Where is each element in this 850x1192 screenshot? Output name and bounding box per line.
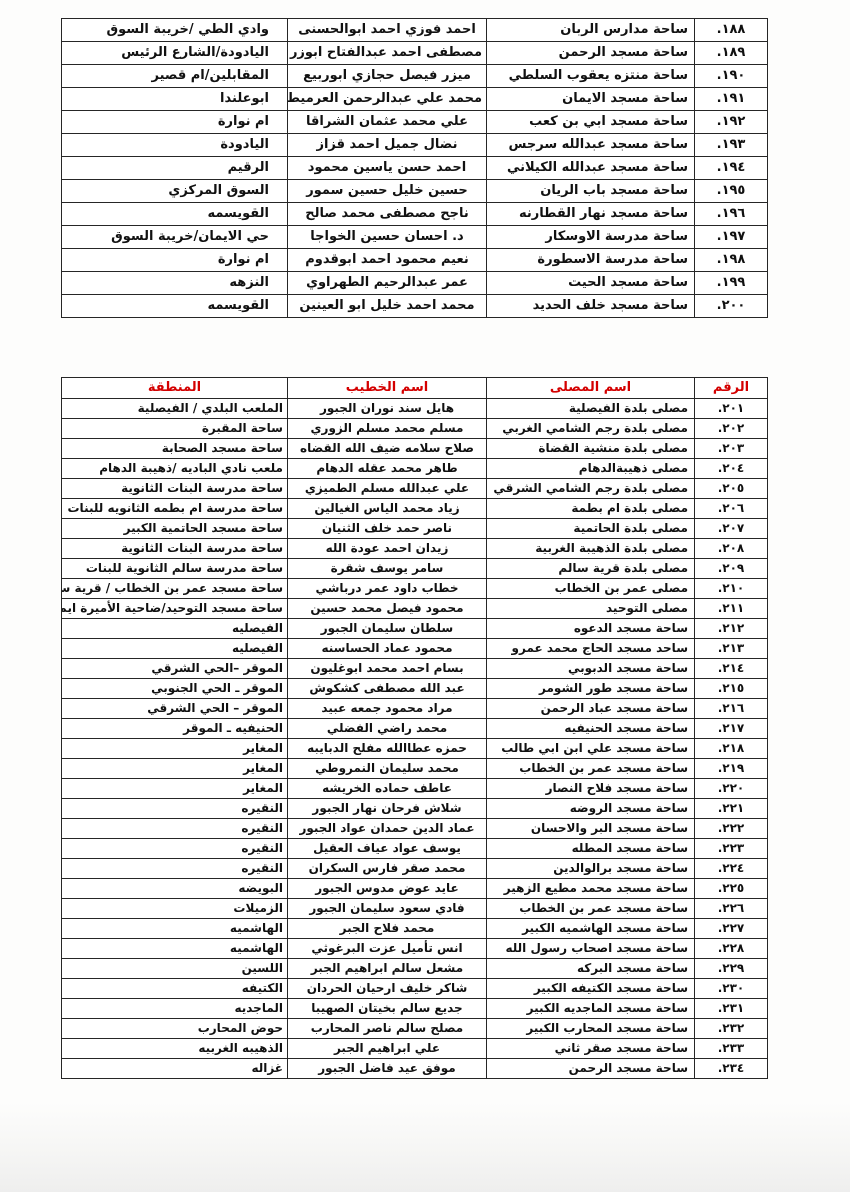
mosque-name-cell: ساحة مدارس الربان bbox=[487, 19, 695, 42]
region-cell: ابوعلندا bbox=[62, 88, 288, 111]
khatib-name-cell: شاكر خليف ارحيان الحردان bbox=[288, 979, 487, 999]
table-row: ١٩٩. ساحة مسجد الحيت عمر عبدالرحيم الطهر… bbox=[62, 272, 768, 295]
khatib-name-cell: د. احسان حسين الخواجا bbox=[288, 226, 487, 249]
region-cell: الرقيم bbox=[62, 157, 288, 180]
khatib-name-cell: صلاح سلامه ضيف الله القضاه bbox=[288, 439, 487, 459]
mosque-name-cell: مصلى بلدة ام بطمة bbox=[487, 499, 695, 519]
mosque-name-cell: مصلى بلدة قرية سالم bbox=[487, 559, 695, 579]
region-cell: ساحة مسجد التوحيد/ضاحية الأميرة ايمان bbox=[62, 599, 288, 619]
mosque-name-cell: ساحة مسجد عبدالله سرجس bbox=[487, 134, 695, 157]
region-cell: الملعب البلدي / الفيصلية bbox=[62, 399, 288, 419]
table-row: ١٨٨. ساحة مدارس الربان احمد فوزي احمد اب… bbox=[62, 19, 768, 42]
khatib-name-cell: عماد الدين حمدان عواد الجبور bbox=[288, 819, 487, 839]
mosque-name-cell: ساحة مسجد اصحاب رسول الله bbox=[487, 939, 695, 959]
row-number-cell: ٢٢٨. bbox=[695, 939, 768, 959]
region-cell: ام نوارة bbox=[62, 249, 288, 272]
row-number-cell: ٢١٠. bbox=[695, 579, 768, 599]
row-number-cell: ٢٠٥. bbox=[695, 479, 768, 499]
table-row: ٢٠٥. مصلى بلدة رجم الشامي الشرقي علي عبد… bbox=[62, 479, 768, 499]
table-row: ٢١١. مصلى التوحيد محمود فيصل محمد حسين س… bbox=[62, 599, 768, 619]
region-cell: الحنيفيه ـ الموقر bbox=[62, 719, 288, 739]
region-cell: النقيره bbox=[62, 819, 288, 839]
khatib-name-cell: محمود عماد الحساسنه bbox=[288, 639, 487, 659]
mosque-name-cell: مصلى بلدة منشية القضاة bbox=[487, 439, 695, 459]
region-cell: المغاير bbox=[62, 759, 288, 779]
region-cell: الكتيفه bbox=[62, 979, 288, 999]
khatib-name-cell: انس تأميل عزت البرغوثي bbox=[288, 939, 487, 959]
table-row: ٢٠١. مصلى بلدة الفيصلية هايل سند نوران ا… bbox=[62, 399, 768, 419]
row-number-cell: ٢٠٧. bbox=[695, 519, 768, 539]
khatib-name-cell: عاطف حماده الخريشه bbox=[288, 779, 487, 799]
mosque-name-cell: ساحة مدرسة الاوسكار bbox=[487, 226, 695, 249]
khatib-name-cell: محمد احمد خليل ابو العينين bbox=[288, 295, 487, 318]
region-cell: حوض المحارب bbox=[62, 1019, 288, 1039]
row-number-cell: ١٩٧. bbox=[695, 226, 768, 249]
row-number-cell: ١٩٦. bbox=[695, 203, 768, 226]
region-cell: البويضه bbox=[62, 879, 288, 899]
row-number-cell: ٢٠١. bbox=[695, 399, 768, 419]
table-row: ١٩١. ساحة مسجد الايمان محمد علي عبدالرحم… bbox=[62, 88, 768, 111]
mosque-name-cell: مصلى التوحيد bbox=[487, 599, 695, 619]
khatib-name-cell: مراد محمود جمعه عبيد bbox=[288, 699, 487, 719]
row-number-cell: ١٩٣. bbox=[695, 134, 768, 157]
region-cell: القويسمه bbox=[62, 295, 288, 318]
khatib-name-cell: فادي سعود سليمان الجبور bbox=[288, 899, 487, 919]
region-cell: ساحة مسجد الحاتمية الكبير bbox=[62, 519, 288, 539]
mosque-name-cell: مصلى ذهيبةالدهام bbox=[487, 459, 695, 479]
row-number-cell: ٢١٧. bbox=[695, 719, 768, 739]
table-row: ٢٣٢. ساحة مسجد المحارب الكبير مصلح سالم … bbox=[62, 1019, 768, 1039]
mosque-name-cell: ساحة مسجد الكتيفه الكبير bbox=[487, 979, 695, 999]
region-cell: الهاشميه bbox=[62, 919, 288, 939]
row-number-cell: ١٩٢. bbox=[695, 111, 768, 134]
khatib-name-cell: محمد راضي الفضلي bbox=[288, 719, 487, 739]
region-cell: القويسمه bbox=[62, 203, 288, 226]
region-cell: المغاير bbox=[62, 739, 288, 759]
table-row: ٢٠٩. مصلى بلدة قرية سالم سامر يوسف شقرة … bbox=[62, 559, 768, 579]
table-row: ١٩٥. ساحة مسجد باب الريان حسين خليل حسين… bbox=[62, 180, 768, 203]
mosque-name-cell: ساحة مسجد محمد مطيع الزهير bbox=[487, 879, 695, 899]
row-number-cell: ٢١٦. bbox=[695, 699, 768, 719]
khatib-name-cell: سلطان سليمان الجبور bbox=[288, 619, 487, 639]
table-row: ١٩٢. ساحة مسجد ابي بن كعب علي محمد عثمان… bbox=[62, 111, 768, 134]
table-row: ٢٢٦. ساحة مسجد عمر بن الخطاب فادي سعود س… bbox=[62, 899, 768, 919]
region-cell: الفيصليه bbox=[62, 619, 288, 639]
row-number-cell: ١٩٨. bbox=[695, 249, 768, 272]
mosque-name-cell: ساحة مسجد نهار القطارنه bbox=[487, 203, 695, 226]
prayer-areas-table-lower: الرقم اسم المصلى اسم الخطيب المنطقة ٢٠١.… bbox=[61, 377, 768, 1079]
row-number-cell: ٢٢٤. bbox=[695, 859, 768, 879]
column-header-mosque: اسم المصلى bbox=[487, 378, 695, 399]
mosque-name-cell: ساحة مسجد عباد الرحمن bbox=[487, 699, 695, 719]
mosque-name-cell: ساحة مسجد الدعوه bbox=[487, 619, 695, 639]
khatib-name-cell: محمد صقر فارس السكران bbox=[288, 859, 487, 879]
khatib-name-cell: خطاب داود عمر درباشي bbox=[288, 579, 487, 599]
row-number-cell: ٢٠٠. bbox=[695, 295, 768, 318]
mosque-name-cell: ساحة مسجد الحيت bbox=[487, 272, 695, 295]
mosque-name-cell: ساحة مسجد المحارب الكبير bbox=[487, 1019, 695, 1039]
row-number-cell: ١٩٠. bbox=[695, 65, 768, 88]
column-header-number: الرقم bbox=[695, 378, 768, 399]
row-number-cell: ٢٢١. bbox=[695, 799, 768, 819]
table-row: ١٩٤. ساحة مسجد عبدالله الكيلاني احمد حسن… bbox=[62, 157, 768, 180]
khatib-name-cell: عايد عوض مدوس الجبور bbox=[288, 879, 487, 899]
page-bottom-scan-shade bbox=[0, 1102, 850, 1192]
table-row: ٢١٧. ساحة مسجد الحنيفيه محمد راضي الفضلي… bbox=[62, 719, 768, 739]
table-row: ٢٢٣. ساحة مسجد المطله يوسف عواد عياف الع… bbox=[62, 839, 768, 859]
table-row: ١٩٣. ساحة مسجد عبدالله سرجس نضال جميل اح… bbox=[62, 134, 768, 157]
khatib-name-cell: محمد فلاح الجبر bbox=[288, 919, 487, 939]
khatib-name-cell: علي عبدالله مسلم الطميزي bbox=[288, 479, 487, 499]
khatib-name-cell: علي محمد عثمان الشراقا bbox=[288, 111, 487, 134]
mosque-name-cell: ساحة مسجد باب الريان bbox=[487, 180, 695, 203]
region-cell: ساحة مسجد الصحابة bbox=[62, 439, 288, 459]
khatib-name-cell: حسين خليل حسين سمور bbox=[288, 180, 487, 203]
khatib-name-cell: هايل سند نوران الجبور bbox=[288, 399, 487, 419]
khatib-name-cell: بسام احمد محمد ابوغليون bbox=[288, 659, 487, 679]
table-row: ٢٠٣. مصلى بلدة منشية القضاة صلاح سلامه ض… bbox=[62, 439, 768, 459]
region-cell: ساحة مدرسة البنات الثانوية bbox=[62, 479, 288, 499]
row-number-cell: ٢٠٦. bbox=[695, 499, 768, 519]
row-number-cell: ٢١٤. bbox=[695, 659, 768, 679]
table-row: ٢٠٦. مصلى بلدة ام بطمة زياد محمد الياس ا… bbox=[62, 499, 768, 519]
region-cell: الموقر – الحي الشرقي bbox=[62, 699, 288, 719]
row-number-cell: ١٨٩. bbox=[695, 42, 768, 65]
khatib-name-cell: يوسف عواد عياف العقيل bbox=[288, 839, 487, 859]
khatib-name-cell: طاهر محمد عقله الدهام bbox=[288, 459, 487, 479]
mosque-name-cell: ساحة مسجد عمر بن الخطاب bbox=[487, 899, 695, 919]
table-row: ٢١٩. ساحة مسجد عمر بن الخطاب محمد سليمان… bbox=[62, 759, 768, 779]
khatib-name-cell: محمد علي عبدالرحمن العرميطي bbox=[288, 88, 487, 111]
row-number-cell: ١٩٩. bbox=[695, 272, 768, 295]
table-row: ١٩٨. ساحة مدرسة الاسطورة نعيم محمود احمد… bbox=[62, 249, 768, 272]
region-cell: النقيره bbox=[62, 839, 288, 859]
region-cell: المقابلين/ام قصير bbox=[62, 65, 288, 88]
mosque-name-cell: ساحة مسجد عمر بن الخطاب bbox=[487, 759, 695, 779]
row-number-cell: ٢١٥. bbox=[695, 679, 768, 699]
table-row: ٢٢٨. ساحة مسجد اصحاب رسول الله انس تأميل… bbox=[62, 939, 768, 959]
table-row: ٢٢٤. ساحة مسجد برالوالدين محمد صقر فارس … bbox=[62, 859, 768, 879]
khatib-name-cell: علي ابراهيم الجبر bbox=[288, 1039, 487, 1059]
mosque-name-cell: ساحة مسجد الهاشميه الكبير bbox=[487, 919, 695, 939]
row-number-cell: ٢٢٦. bbox=[695, 899, 768, 919]
mosque-name-cell: ساحة منتزه يعقوب السلطي bbox=[487, 65, 695, 88]
row-number-cell: ١٩٤. bbox=[695, 157, 768, 180]
mosque-name-cell: ساحة مسجد المطله bbox=[487, 839, 695, 859]
row-number-cell: ٢٣٣. bbox=[695, 1039, 768, 1059]
mosque-name-cell: ساحة مسجد ابي بن كعب bbox=[487, 111, 695, 134]
row-number-cell: ٢٢٧. bbox=[695, 919, 768, 939]
row-number-cell: ٢٣١. bbox=[695, 999, 768, 1019]
table-row: ٢٠٨. مصلى بلدة الذهيبة الغربية زيدان احم… bbox=[62, 539, 768, 559]
khatib-name-cell: مصلح سالم ناصر المحارب bbox=[288, 1019, 487, 1039]
mosque-name-cell: ساحة مسجد الدبوبي bbox=[487, 659, 695, 679]
mosque-name-cell: مصلى بلدة رجم الشامي الشرقي bbox=[487, 479, 695, 499]
region-cell: الموقر ـ الحي الجنوبي bbox=[62, 679, 288, 699]
mosque-name-cell: ساحة مسجد الماجديه الكبير bbox=[487, 999, 695, 1019]
khatib-name-cell: نضال جميل احمد قزاز bbox=[288, 134, 487, 157]
region-cell: الموقر –الحي الشرقي bbox=[62, 659, 288, 679]
row-number-cell: ٢٠٨. bbox=[695, 539, 768, 559]
region-cell: الفيصليه bbox=[62, 639, 288, 659]
table-row: ٢١٣. ساحد مسجد الحاج محمد عمرو محمود عما… bbox=[62, 639, 768, 659]
khatib-name-cell: مسلم محمد مسلم الزوري bbox=[288, 419, 487, 439]
mosque-name-cell: ساحة مسجد صقر ثاني bbox=[487, 1039, 695, 1059]
row-number-cell: ٢٠٩. bbox=[695, 559, 768, 579]
row-number-cell: ٢١٢. bbox=[695, 619, 768, 639]
table-row: ٢٣٤. ساحة مسجد الرحمن موفق عيد فاضل الجب… bbox=[62, 1059, 768, 1079]
region-cell: النزهه bbox=[62, 272, 288, 295]
region-cell: النقيره bbox=[62, 859, 288, 879]
mosque-name-cell: ساحة مسجد فلاح النصار bbox=[487, 779, 695, 799]
khatib-name-cell: احمد حسن ياسين محمود bbox=[288, 157, 487, 180]
region-cell: المغاير bbox=[62, 779, 288, 799]
region-cell: اليادودة/الشارع الرئيس bbox=[62, 42, 288, 65]
khatib-name-cell: ميزر فيصل حجازي ابوربيع bbox=[288, 65, 487, 88]
mosque-name-cell: مصلى بلدة الحاتمية bbox=[487, 519, 695, 539]
table-row: ٢١٠. مصلى عمر بن الخطاب خطاب داود عمر در… bbox=[62, 579, 768, 599]
region-cell: ساحة مدرسة سالم الثانوية للبنات bbox=[62, 559, 288, 579]
table-row: ١٩٧. ساحة مدرسة الاوسكار د. احسان حسين ا… bbox=[62, 226, 768, 249]
table-row: ١٩٦. ساحة مسجد نهار القطارنه ناجح مصطفى … bbox=[62, 203, 768, 226]
mosque-name-cell: ساحة مسجد الرحمن bbox=[487, 1059, 695, 1079]
mosque-name-cell: ساحة مسجد البر والاحسان bbox=[487, 819, 695, 839]
mosque-name-cell: ساحة مسجد البركه bbox=[487, 959, 695, 979]
khatib-name-cell: شلاش فرحان نهار الجبور bbox=[288, 799, 487, 819]
row-number-cell: ١٩٥. bbox=[695, 180, 768, 203]
khatib-name-cell: نعيم محمود احمد ابوقدوم bbox=[288, 249, 487, 272]
region-cell: النقيره bbox=[62, 799, 288, 819]
table-row: ٢١٨. ساحة مسجد علي ابن ابي طالب حمزه عطا… bbox=[62, 739, 768, 759]
table-row: ٢٠٧. مصلى بلدة الحاتمية ناصر حمد خلف الث… bbox=[62, 519, 768, 539]
row-number-cell: ٢٣٠. bbox=[695, 979, 768, 999]
table-row: ٢٣٣. ساحة مسجد صقر ثاني علي ابراهيم الجب… bbox=[62, 1039, 768, 1059]
row-number-cell: ٢٢٣. bbox=[695, 839, 768, 859]
lower-table-body: ٢٠١. مصلى بلدة الفيصلية هايل سند نوران ا… bbox=[62, 399, 768, 1079]
khatib-name-cell: زياد محمد الياس الغيالين bbox=[288, 499, 487, 519]
region-cell: اللسين bbox=[62, 959, 288, 979]
region-cell: وادي الطي /خريبة السوق bbox=[62, 19, 288, 42]
table-row: ٢٠٠. ساحة مسجد خلف الحديد محمد احمد خليل… bbox=[62, 295, 768, 318]
row-number-cell: ٢٣٢. bbox=[695, 1019, 768, 1039]
khatib-name-cell: عبد الله مصطفى كشكوش bbox=[288, 679, 487, 699]
table-row: ٢٠٢. مصلى بلدة رجم الشامي الغربي مسلم مح… bbox=[62, 419, 768, 439]
row-number-cell: ٢١٨. bbox=[695, 739, 768, 759]
region-cell: ساحة مدرسة ام بطمه الثانويه للبنات bbox=[62, 499, 288, 519]
mosque-name-cell: ساحة مسجد عبدالله الكيلاني bbox=[487, 157, 695, 180]
table-row: ١٩٠. ساحة منتزه يعقوب السلطي ميزر فيصل ح… bbox=[62, 65, 768, 88]
table-row: ٢١٥. ساحة مسجد طور الشومر عبد الله مصطفى… bbox=[62, 679, 768, 699]
khatib-name-cell: محمود فيصل محمد حسين bbox=[288, 599, 487, 619]
mosque-name-cell: ساحة مسجد علي ابن ابي طالب bbox=[487, 739, 695, 759]
table-row: ٢٢٩. ساحة مسجد البركه مشعل سالم ابراهيم … bbox=[62, 959, 768, 979]
khatib-name-cell: جديع سالم بخيتان الصهيبا bbox=[288, 999, 487, 1019]
region-cell: الزميلات bbox=[62, 899, 288, 919]
mosque-name-cell: ساحة مسجد الايمان bbox=[487, 88, 695, 111]
table-row: ٢٢١. ساحة مسجد الروضه شلاش فرحان نهار ال… bbox=[62, 799, 768, 819]
khatib-name-cell: محمد سليمان النمروطي bbox=[288, 759, 487, 779]
region-cell: ساحة مسجد عمر بن الخطاب / قرية سالم bbox=[62, 579, 288, 599]
table-row: ٢٣٠. ساحة مسجد الكتيفه الكبير شاكر خليف … bbox=[62, 979, 768, 999]
column-header-khatib: اسم الخطيب bbox=[288, 378, 487, 399]
khatib-name-cell: سامر يوسف شقرة bbox=[288, 559, 487, 579]
region-cell: الذهيبه الغربيه bbox=[62, 1039, 288, 1059]
mosque-name-cell: ساحة مسجد الحنيفيه bbox=[487, 719, 695, 739]
row-number-cell: ٢٢٩. bbox=[695, 959, 768, 979]
region-cell: الماجديه bbox=[62, 999, 288, 1019]
table-row: ٢٢٧. ساحة مسجد الهاشميه الكبير محمد فلاح… bbox=[62, 919, 768, 939]
header-row: الرقم اسم المصلى اسم الخطيب المنطقة bbox=[62, 378, 768, 399]
table-row: ٢٢٢. ساحة مسجد البر والاحسان عماد الدين … bbox=[62, 819, 768, 839]
table-row: ٢٢٥. ساحة مسجد محمد مطيع الزهير عايد عوض… bbox=[62, 879, 768, 899]
row-number-cell: ٢٠٢. bbox=[695, 419, 768, 439]
khatib-name-cell: حمزه عطاالله مفلح الدبايبه bbox=[288, 739, 487, 759]
khatib-name-cell: احمد فوزي احمد ابوالحسنى bbox=[288, 19, 487, 42]
khatib-name-cell: مصطفى احمد عبدالفتاح ابوزر bbox=[288, 42, 487, 65]
mosque-name-cell: ساحة مسجد برالوالدين bbox=[487, 859, 695, 879]
prayer-areas-table-upper: ١٨٨. ساحة مدارس الربان احمد فوزي احمد اب… bbox=[61, 18, 768, 318]
mosque-name-cell: ساحة مدرسة الاسطورة bbox=[487, 249, 695, 272]
region-cell: غزاله bbox=[62, 1059, 288, 1079]
row-number-cell: ٢١١. bbox=[695, 599, 768, 619]
khatib-name-cell: زيدان احمد عودة الله bbox=[288, 539, 487, 559]
region-cell: ملعب نادي الباديه /ذهيبة الدهام bbox=[62, 459, 288, 479]
region-cell: ساحة المقبرة bbox=[62, 419, 288, 439]
mosque-name-cell: ساحة مسجد طور الشومر bbox=[487, 679, 695, 699]
row-number-cell: ٢٢٥. bbox=[695, 879, 768, 899]
mosque-name-cell: ساحة مسجد خلف الحديد bbox=[487, 295, 695, 318]
mosque-name-cell: مصلى عمر بن الخطاب bbox=[487, 579, 695, 599]
khatib-name-cell: ناجح مصطفى محمد صالح bbox=[288, 203, 487, 226]
mosque-name-cell: ساحة مسجد الروضه bbox=[487, 799, 695, 819]
table-row: ١٨٩. ساحة مسجد الرحمن مصطفى احمد عبدالفت… bbox=[62, 42, 768, 65]
upper-table-body: ١٨٨. ساحة مدارس الربان احمد فوزي احمد اب… bbox=[62, 19, 768, 318]
khatib-name-cell: عمر عبدالرحيم الطهراوي bbox=[288, 272, 487, 295]
table-row: ٢٣١. ساحة مسجد الماجديه الكبير جديع سالم… bbox=[62, 999, 768, 1019]
region-cell: ساحة مدرسة البنات الثانوية bbox=[62, 539, 288, 559]
khatib-name-cell: مشعل سالم ابراهيم الجبر bbox=[288, 959, 487, 979]
table-row: ٢١٤. ساحة مسجد الدبوبي بسام احمد محمد اب… bbox=[62, 659, 768, 679]
region-cell: الهاشميه bbox=[62, 939, 288, 959]
region-cell: حي الايمان/خريبة السوق bbox=[62, 226, 288, 249]
row-number-cell: ٢٠٤. bbox=[695, 459, 768, 479]
row-number-cell: ١٨٨. bbox=[695, 19, 768, 42]
region-cell: السوق المركزي bbox=[62, 180, 288, 203]
mosque-name-cell: مصلى بلدة رجم الشامي الغربي bbox=[487, 419, 695, 439]
column-header-region: المنطقة bbox=[62, 378, 288, 399]
khatib-name-cell: ناصر حمد خلف الثنيان bbox=[288, 519, 487, 539]
mosque-name-cell: ساحد مسجد الحاج محمد عمرو bbox=[487, 639, 695, 659]
table-row: ٢٠٤. مصلى ذهيبةالدهام طاهر محمد عقله الد… bbox=[62, 459, 768, 479]
table-row: ٢١٦. ساحة مسجد عباد الرحمن مراد محمود جم… bbox=[62, 699, 768, 719]
row-number-cell: ٢٢٠. bbox=[695, 779, 768, 799]
region-cell: ام نوارة bbox=[62, 111, 288, 134]
row-number-cell: ٢٢٢. bbox=[695, 819, 768, 839]
mosque-name-cell: مصلى بلدة الذهيبة الغربية bbox=[487, 539, 695, 559]
row-number-cell: ٢١٣. bbox=[695, 639, 768, 659]
mosque-name-cell: ساحة مسجد الرحمن bbox=[487, 42, 695, 65]
region-cell: اليادودة bbox=[62, 134, 288, 157]
khatib-name-cell: موفق عيد فاضل الجبور bbox=[288, 1059, 487, 1079]
row-number-cell: ٢٠٣. bbox=[695, 439, 768, 459]
mosque-name-cell: مصلى بلدة الفيصلية bbox=[487, 399, 695, 419]
table-row: ٢١٢. ساحة مسجد الدعوه سلطان سليمان الجبو… bbox=[62, 619, 768, 639]
row-number-cell: ٢١٩. bbox=[695, 759, 768, 779]
row-number-cell: ٢٣٤. bbox=[695, 1059, 768, 1079]
table-row: ٢٢٠. ساحة مسجد فلاح النصار عاطف حماده ال… bbox=[62, 779, 768, 799]
row-number-cell: ١٩١. bbox=[695, 88, 768, 111]
